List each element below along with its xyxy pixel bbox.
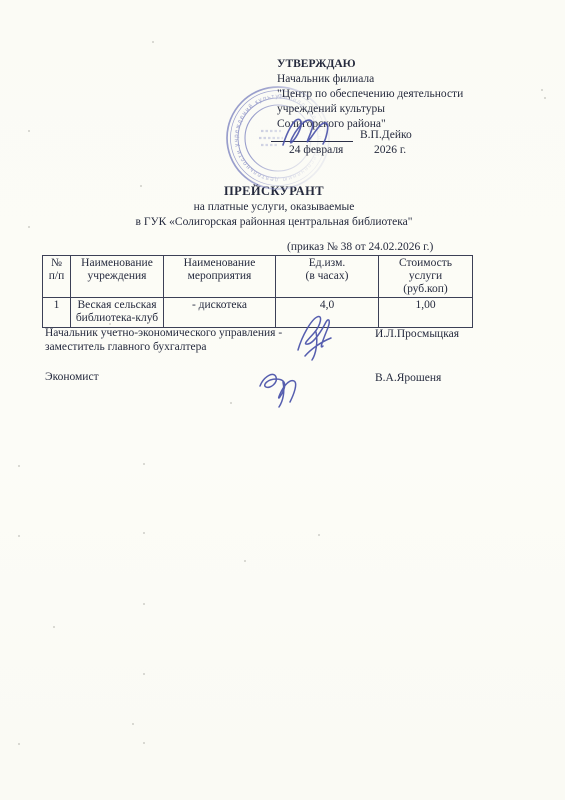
signoff-name-2: В.А.Ярошеня — [375, 371, 441, 386]
scan-speck — [132, 723, 134, 725]
scan-speck — [143, 603, 145, 605]
document-subtitle-1: на платные услуги, оказываемые — [0, 200, 548, 215]
signoff-position-2: Экономист — [45, 370, 99, 385]
signoff-signature-2-scribble — [255, 368, 303, 408]
scan-speck — [28, 130, 30, 132]
approval-line: Начальник филиала — [277, 72, 517, 87]
price-table: № п/п Наименование учреждения Наименован… — [42, 255, 473, 328]
scan-speck — [244, 560, 246, 562]
col-header-event: Наименование мероприятия — [164, 256, 276, 298]
scan-speck — [53, 626, 55, 628]
table-row: 1 Веская сельская библиотека-клуб - диск… — [43, 298, 473, 328]
approval-label: УТВЕРЖДАЮ — [277, 57, 517, 72]
scan-speck — [143, 673, 145, 675]
scan-speck — [152, 41, 154, 43]
approval-line: "Центр по обеспечению деятельности — [277, 87, 517, 102]
col-header-institution: Наименование учреждения — [71, 256, 164, 298]
scan-speck — [28, 226, 30, 228]
cell-event: - дискотека — [164, 298, 276, 328]
cell-cost: 1,00 — [379, 298, 473, 328]
signoff-signature-1-scribble — [291, 312, 335, 362]
scan-speck — [140, 185, 142, 187]
signoff-position-1-line-2: заместитель главного бухгалтера — [45, 340, 207, 355]
scan-speck — [18, 535, 20, 537]
col-header-cost: Стоимость услуги (руб.коп) — [379, 256, 473, 298]
approval-signer-name: В.П.Дейко — [360, 128, 412, 143]
scan-speck — [143, 532, 145, 534]
document-subtitle-2: в ГУК «Солигорская районная центральная … — [0, 215, 548, 230]
scan-speck — [230, 402, 232, 404]
scan-speck — [18, 465, 20, 467]
signoff-name-1: И.Л.Просмыцкая — [375, 327, 459, 342]
cell-num: 1 — [43, 298, 71, 328]
scan-speck — [143, 463, 145, 465]
price-table-container: № п/п Наименование учреждения Наименован… — [42, 255, 473, 328]
scan-speck — [541, 89, 543, 91]
signoff-position-1-line-1: Начальник учетно-экономического управлен… — [45, 326, 282, 341]
col-header-unit: Ед.изм. (в часах) — [276, 256, 379, 298]
scan-speck — [18, 743, 20, 745]
order-reference: (приказ № 38 от 24.02.2026 г.) — [287, 240, 433, 255]
scan-speck — [143, 742, 145, 744]
cell-institution: Веская сельская библиотека-клуб — [71, 298, 164, 328]
approval-date-year: 2026 г. — [374, 143, 406, 158]
col-header-num: № п/п — [43, 256, 71, 298]
scanned-document-page: Филиал "Центр по обеспечению деятельност… — [0, 0, 565, 800]
scan-speck — [544, 97, 546, 99]
table-header-row: № п/п Наименование учреждения Наименован… — [43, 256, 473, 298]
scan-speck — [318, 534, 320, 536]
director-signature-scribble — [279, 113, 337, 151]
